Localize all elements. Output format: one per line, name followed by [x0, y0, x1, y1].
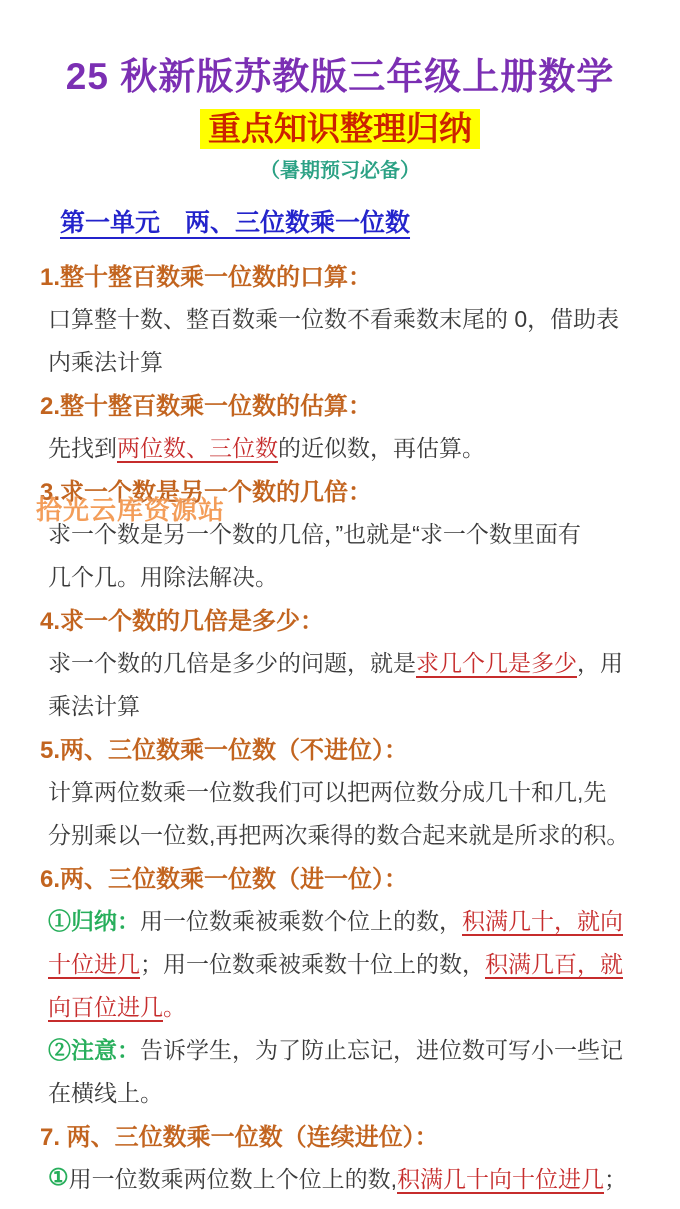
text-span-body: ；用一位数乘被乘数十位上的数，	[140, 946, 485, 979]
text-line: 十位进几；用一位数乘被乘数十位上的数，积满几百，就	[40, 941, 660, 984]
text-span-red: 十位进几	[48, 946, 140, 979]
text-span-red: 两位数、三位数	[117, 430, 278, 463]
subtitle: （暑期预习必备）	[0, 154, 680, 183]
text-line: 计算两位数乘一位数我们可以把两位数分成几十和几,先	[40, 769, 660, 812]
section-heading: 3.求一个数是另一个数的几倍：	[40, 468, 660, 511]
text-span-green: ②注意：	[48, 1032, 140, 1065]
text-span-body: 用一位数乘两位数上个位上的数,	[69, 1161, 397, 1194]
text-span-body: 求一个数的几倍是多少的问题，就是	[48, 645, 416, 678]
page-title: 25 秋新版苏教版三年级上册数学	[0, 46, 680, 100]
unit-heading: 第一单元 两、三位数乘一位数	[60, 203, 680, 239]
section-heading: 2.整十整百数乘一位数的估算：	[40, 382, 660, 425]
section-heading: 1.整十整百数乘一位数的口算：	[40, 253, 660, 296]
text-span-redplain: 。	[163, 989, 186, 1022]
text-span-body: 分别乘以一位数,再把两次乘得的数合起来就是所求的积。	[48, 817, 629, 850]
text-span-body: 先找到	[48, 430, 117, 463]
text-span-body: 乘法计算	[48, 688, 140, 721]
text-span-red: 积满几十向十位进几	[397, 1161, 604, 1194]
text-span-body: ，用	[577, 645, 623, 678]
highlight-title: 重点知识整理归纳	[200, 109, 480, 149]
text-span-body: 告诉学生，为了防止忘记，进位数可写小一些记	[140, 1032, 623, 1065]
text-span-green: ①	[48, 1164, 69, 1191]
text-line: 先找到两位数、三位数的近似数，再估算。	[40, 425, 660, 468]
text-span-green: ①归纳：	[48, 903, 140, 936]
text-span-red: 求几个几是多少	[416, 645, 577, 678]
text-span-body: 计算两位数乘一位数我们可以把两位数分成几十和几,先	[48, 774, 606, 807]
text-span-body: 几个几。用除法解决。	[48, 559, 278, 592]
section-heading: 7. 两、三位数乘一位数（连续进位）：	[40, 1113, 660, 1156]
text-line: 求一个数是另一个数的几倍，”也就是“求一个数里面有	[40, 511, 660, 554]
content-area: 1.整十整百数乘一位数的口算：口算整十数、整百数乘一位数不看乘数末尾的 0，借助…	[0, 253, 680, 1199]
text-span-red: 向百位进几	[48, 989, 163, 1022]
text-line: 在横线上。	[40, 1070, 660, 1113]
text-span-body: 在横线上。	[48, 1075, 163, 1108]
text-span-red: 积满几百，就	[485, 946, 623, 979]
text-span-body: 求一个数是另一个数的几倍，”也就是“求一个数里面有	[48, 516, 581, 549]
text-span-red: 积满几十，就向	[462, 903, 623, 936]
text-span-body: 用一位数乘被乘数个位上的数，	[140, 903, 462, 936]
text-line: 向百位进几。	[40, 984, 660, 1027]
worksheet-page: 25 秋新版苏教版三年级上册数学 重点知识整理归纳 （暑期预习必备） 第一单元 …	[0, 0, 680, 1209]
text-line: 求一个数的几倍是多少的问题，就是求几个几是多少，用	[40, 640, 660, 683]
text-line: 几个几。用除法解决。	[40, 554, 660, 597]
text-line: 内乘法计算	[40, 339, 660, 382]
text-span-body: ；	[604, 1161, 627, 1194]
text-span-body: 内乘法计算	[48, 344, 163, 377]
text-line: 乘法计算	[40, 683, 660, 726]
text-line: ①归纳：用一位数乘被乘数个位上的数，积满几十，就向	[40, 898, 660, 941]
section-heading: 6.两、三位数乘一位数（进一位）：	[40, 855, 660, 898]
section-heading: 5.两、三位数乘一位数（不进位）：	[40, 726, 660, 769]
text-span-body: 的近似数，再估算。	[278, 430, 485, 463]
text-span-body: 口算整十数、整百数乘一位数不看乘数末尾的 0，借助表	[48, 301, 619, 334]
section-heading: 4.求一个数的几倍是多少：	[40, 597, 660, 640]
highlight-title-row: 重点知识整理归纳	[0, 109, 680, 149]
text-line: ①用一位数乘两位数上个位上的数,积满几十向十位进几；	[40, 1156, 660, 1199]
text-line: 分别乘以一位数,再把两次乘得的数合起来就是所求的积。	[40, 812, 660, 855]
text-line: 口算整十数、整百数乘一位数不看乘数末尾的 0，借助表	[40, 296, 660, 339]
text-line: ②注意：告诉学生，为了防止忘记，进位数可写小一些记	[40, 1027, 660, 1070]
